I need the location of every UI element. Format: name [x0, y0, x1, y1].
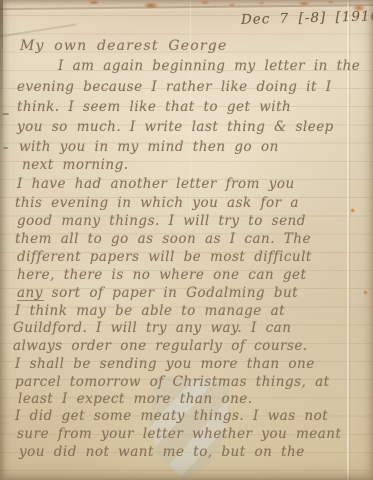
letter-line: I am again beginning my letter in the: [58, 60, 360, 74]
letter-line: with you in my mind then go on: [19, 141, 279, 155]
ink-dot-stain: [350, 208, 355, 213]
letter-line: good many things. I will try to send: [17, 215, 306, 229]
margin-mark: [3, 147, 8, 149]
letter-line: Guildford. I will try any way. I can: [13, 322, 291, 336]
letter-line: next morning.: [22, 159, 129, 173]
letter-line: think. I seem like that to get with: [17, 101, 291, 115]
diagonal-crease: [0, 23, 77, 38]
margin-mark: [2, 113, 9, 115]
letter-line: you did not want me to, but on the: [19, 446, 305, 460]
left-edge-shadow: [0, 0, 3, 150]
letter-line: evening because I rather like doing it I: [17, 81, 332, 95]
underline-mark: [17, 300, 44, 301]
letter-line: here, there is no where one can get: [17, 269, 306, 283]
date-annotation: Dec 7 [-8] [1916]: [241, 10, 373, 27]
letter-line: you so much. I write last thing & sleep: [17, 121, 334, 135]
letter-line: any sort of paper in Godalming but: [17, 287, 298, 301]
letter-line: I shall be sending you more than one: [15, 358, 315, 372]
letter-line: this evening in which you ask for a: [15, 197, 299, 211]
rust-stain: [327, 0, 335, 4]
letter-line: I think may be able to manage at: [15, 305, 285, 319]
letter-line: different papers will be most difficult: [17, 251, 312, 265]
letter-line: them all to go as soon as I can. The: [15, 233, 311, 247]
ink-dot-stain: [363, 290, 368, 295]
rust-stain: [200, 0, 210, 5]
letter-page: Dec 7 [-8] [1916] My own dearest George …: [0, 0, 373, 480]
letter-line: I did get some meaty things. I was not: [15, 410, 328, 424]
letter-line: parcel tomorrow of Christmas things, at: [15, 376, 330, 390]
letter-line: least I expect more than one.: [18, 393, 253, 407]
letter-line: always order one regularly of course.: [13, 340, 308, 354]
letter-line: sure from your letter whether you meant: [17, 428, 341, 442]
salutation: My own dearest George: [20, 39, 227, 53]
rust-stain: [88, 0, 100, 5]
letter-line: I have had another letter from you: [17, 178, 295, 192]
